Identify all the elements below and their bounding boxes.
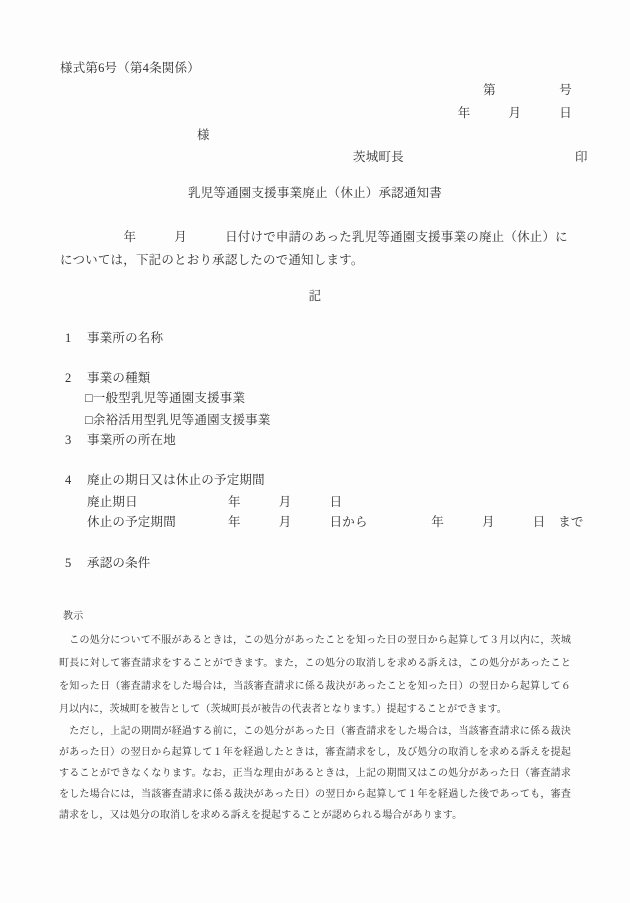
item-1-label: 事業所の名称: [87, 331, 163, 345]
suspension-period-row: 休止の予定期間年 月 日から 年 月 日 まで: [87, 514, 584, 530]
list-item-4: 4廃止の期日又は休止の予定期間: [65, 472, 265, 488]
item-5-number: 5: [65, 555, 87, 571]
opening-paragraph-line2: については，下記のとおり承認したので通知します。: [60, 252, 364, 268]
issue-date: 年 月 日: [458, 105, 572, 121]
item-3-number: 3: [65, 432, 87, 448]
suspension-period-fields: 年 月 日から 年 月 日 まで: [228, 515, 584, 529]
abolition-date-label: 廃止期日: [87, 494, 228, 510]
abolition-date-row: 廃止期日年 月 日: [87, 494, 342, 510]
item-2-label: 事業の種類: [87, 371, 151, 385]
addressee-honorific: 様: [197, 127, 210, 143]
checkbox-icon: □: [85, 390, 93, 406]
item-4-number: 4: [65, 472, 87, 488]
checkbox-option-yoyuu-label: 余裕活用型乳児等通園支援事業: [93, 413, 271, 427]
notice-heading: 教示: [63, 610, 83, 623]
notice-body: この処分について不服があるときは，この処分があったことを知った日の翌日から起算し…: [59, 629, 571, 826]
checkbox-option-general-label: 一般型乳児等通園支援事業: [93, 391, 245, 405]
issuer-name: 茨城町長: [353, 149, 404, 165]
form-number: 様式第6号（第4条関係）: [60, 60, 200, 76]
item-2-number: 2: [65, 370, 87, 386]
checkbox-option-general: □一般型乳児等通園支援事業: [85, 390, 245, 406]
item-3-label: 事業所の所在地: [87, 433, 176, 447]
list-item-3: 3事業所の所在地: [65, 432, 176, 448]
list-item-1: 1事業所の名称: [65, 330, 163, 346]
suspension-period-label: 休止の予定期間: [87, 514, 228, 530]
document-title: 乳児等通園支援事業廃止（休止）承認通知書: [0, 185, 630, 201]
notice-paragraph-2: ただし，上記の期間が経過する前に，この処分があった日（審査請求をした場合は，当該…: [59, 721, 571, 826]
abolition-date-fields: 年 月 日: [228, 495, 342, 509]
item-5-label: 承認の条件: [87, 556, 151, 570]
item-1-number: 1: [65, 330, 87, 346]
checkbox-option-yoyuu: □余裕活用型乳児等通園支援事業: [85, 412, 271, 428]
checkbox-icon: □: [85, 412, 93, 428]
record-marker: 記: [0, 288, 630, 304]
opening-paragraph-line1: 年 月 日付けで申請のあった乳児等通園支援事業の廃止（休止）に: [60, 229, 568, 245]
document-number: 第 号: [483, 82, 572, 98]
list-item-2: 2事業の種類: [65, 370, 151, 386]
item-4-label: 廃止の期日又は休止の予定期間: [87, 473, 265, 487]
notice-paragraph-1: この処分について不服があるときは，この処分があったことを知った日の翌日から起算し…: [59, 629, 571, 721]
document-page: 様式第6号（第4条関係） 第 号 年 月 日 様 茨城町長 印 乳児等通園支援事…: [0, 0, 630, 903]
list-item-5: 5承認の条件: [65, 555, 151, 571]
seal-mark: 印: [575, 149, 588, 165]
